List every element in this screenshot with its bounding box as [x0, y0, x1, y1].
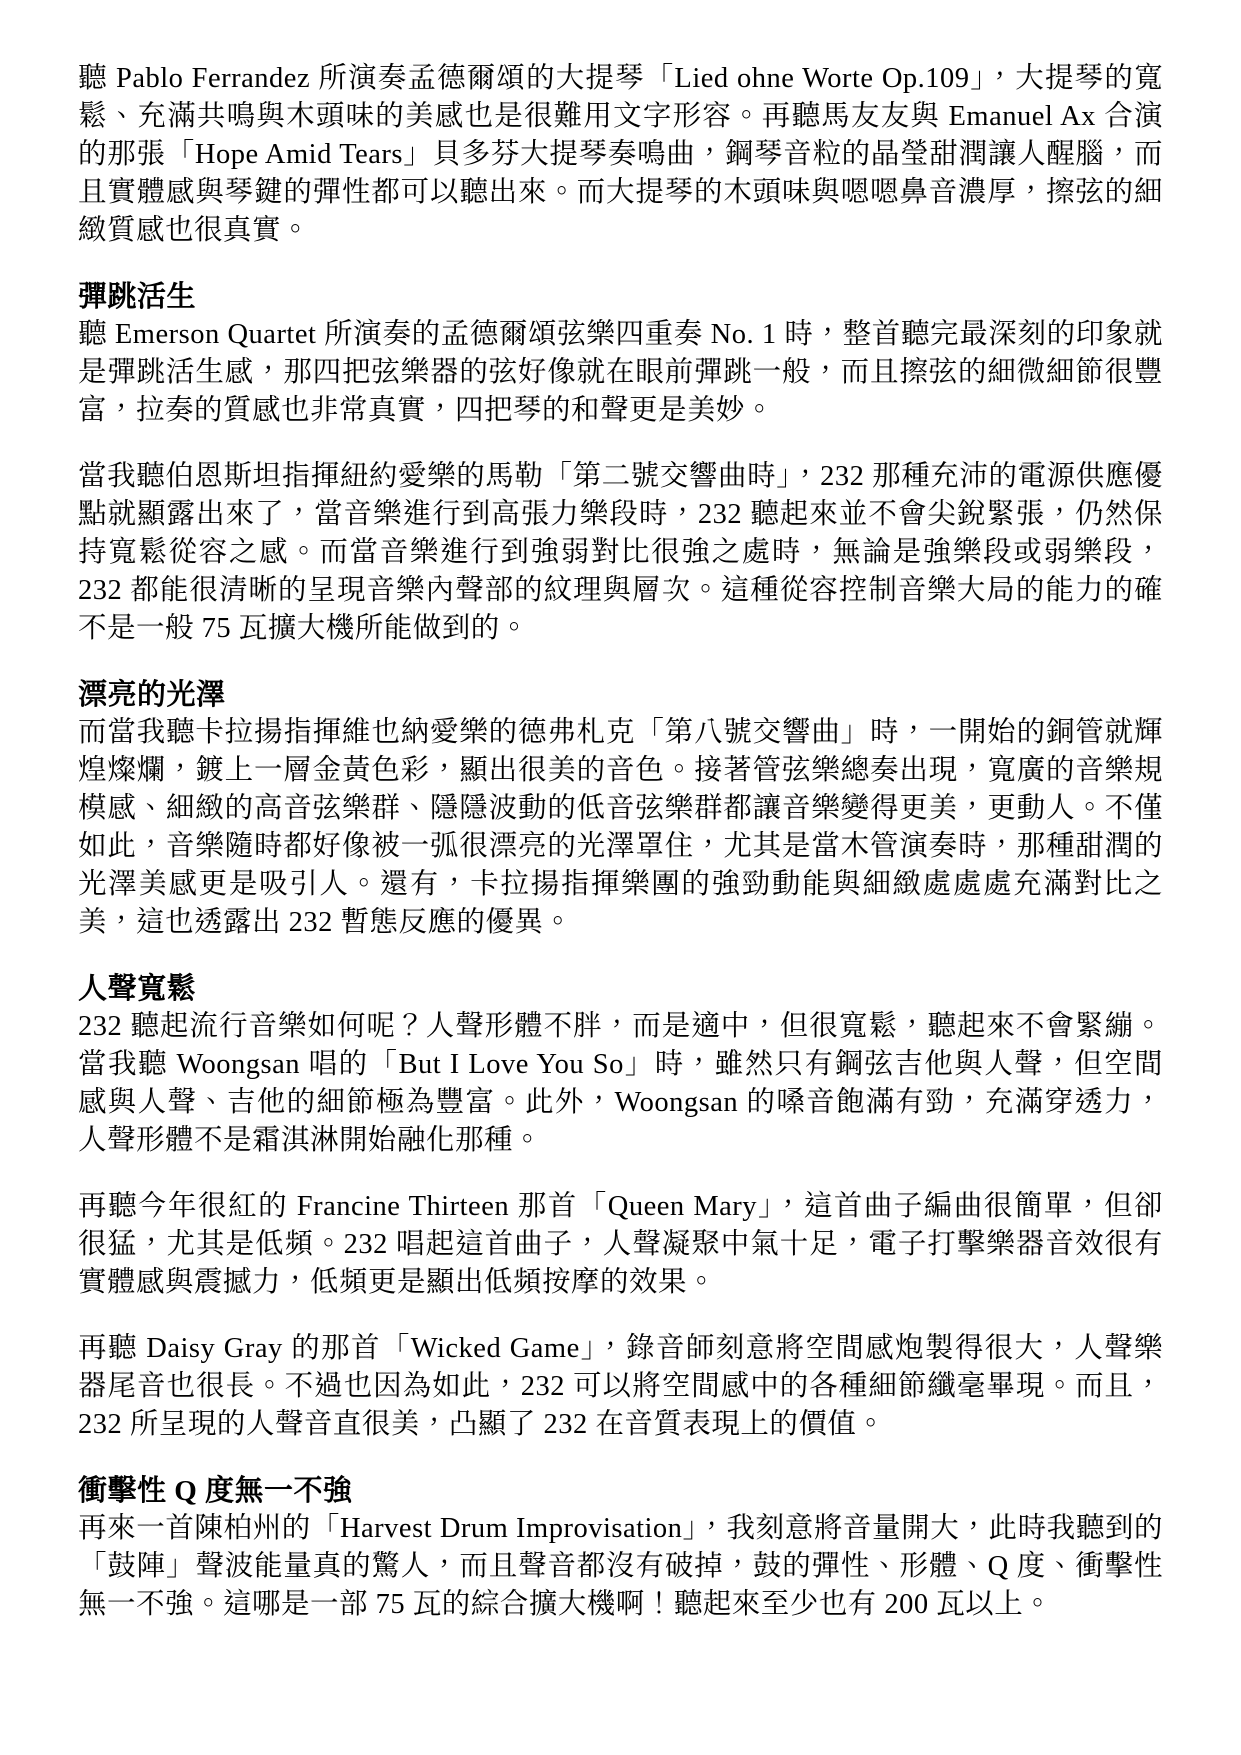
section-heading: 彈跳活生 — [78, 278, 1163, 316]
article-paragraph: 聽 Pablo Ferrandez 所演奏孟德爾頌的大提琴「Lied ohne … — [78, 60, 1163, 250]
section-heading: 人聲寬鬆 — [78, 970, 1163, 1008]
article-paragraph: 再聽 Daisy Gray 的那首「Wicked Game」，錄音師刻意將空間感… — [78, 1330, 1163, 1444]
article-paragraph: 再聽今年很紅的 Francine Thirteen 那首「Queen Mary」… — [78, 1188, 1163, 1302]
section-heading: 衝擊性 Q 度無一不強 — [78, 1472, 1163, 1510]
article-paragraph: 聽 Emerson Quartet 所演奏的孟德爾頌弦樂四重奏 No. 1 時，… — [78, 316, 1163, 430]
article-paragraph: 232 聽起流行音樂如何呢？人聲形體不胖，而是適中，但很寬鬆，聽起來不會緊繃。當… — [78, 1008, 1163, 1160]
document-page: 聽 Pablo Ferrandez 所演奏孟德爾頌的大提琴「Lied ohne … — [0, 0, 1241, 1755]
article-paragraph: 而當我聽卡拉揚指揮維也納愛樂的德弗札克「第八號交響曲」時，一開始的銅管就輝煌燦爛… — [78, 714, 1163, 942]
section-heading: 漂亮的光澤 — [78, 676, 1163, 714]
article-paragraph: 再來一首陳柏州的「Harvest Drum Improvisation」，我刻意… — [78, 1510, 1163, 1624]
article-paragraph: 當我聽伯恩斯坦指揮紐約愛樂的馬勒「第二號交響曲時」，232 那種充沛的電源供應優… — [78, 458, 1163, 648]
